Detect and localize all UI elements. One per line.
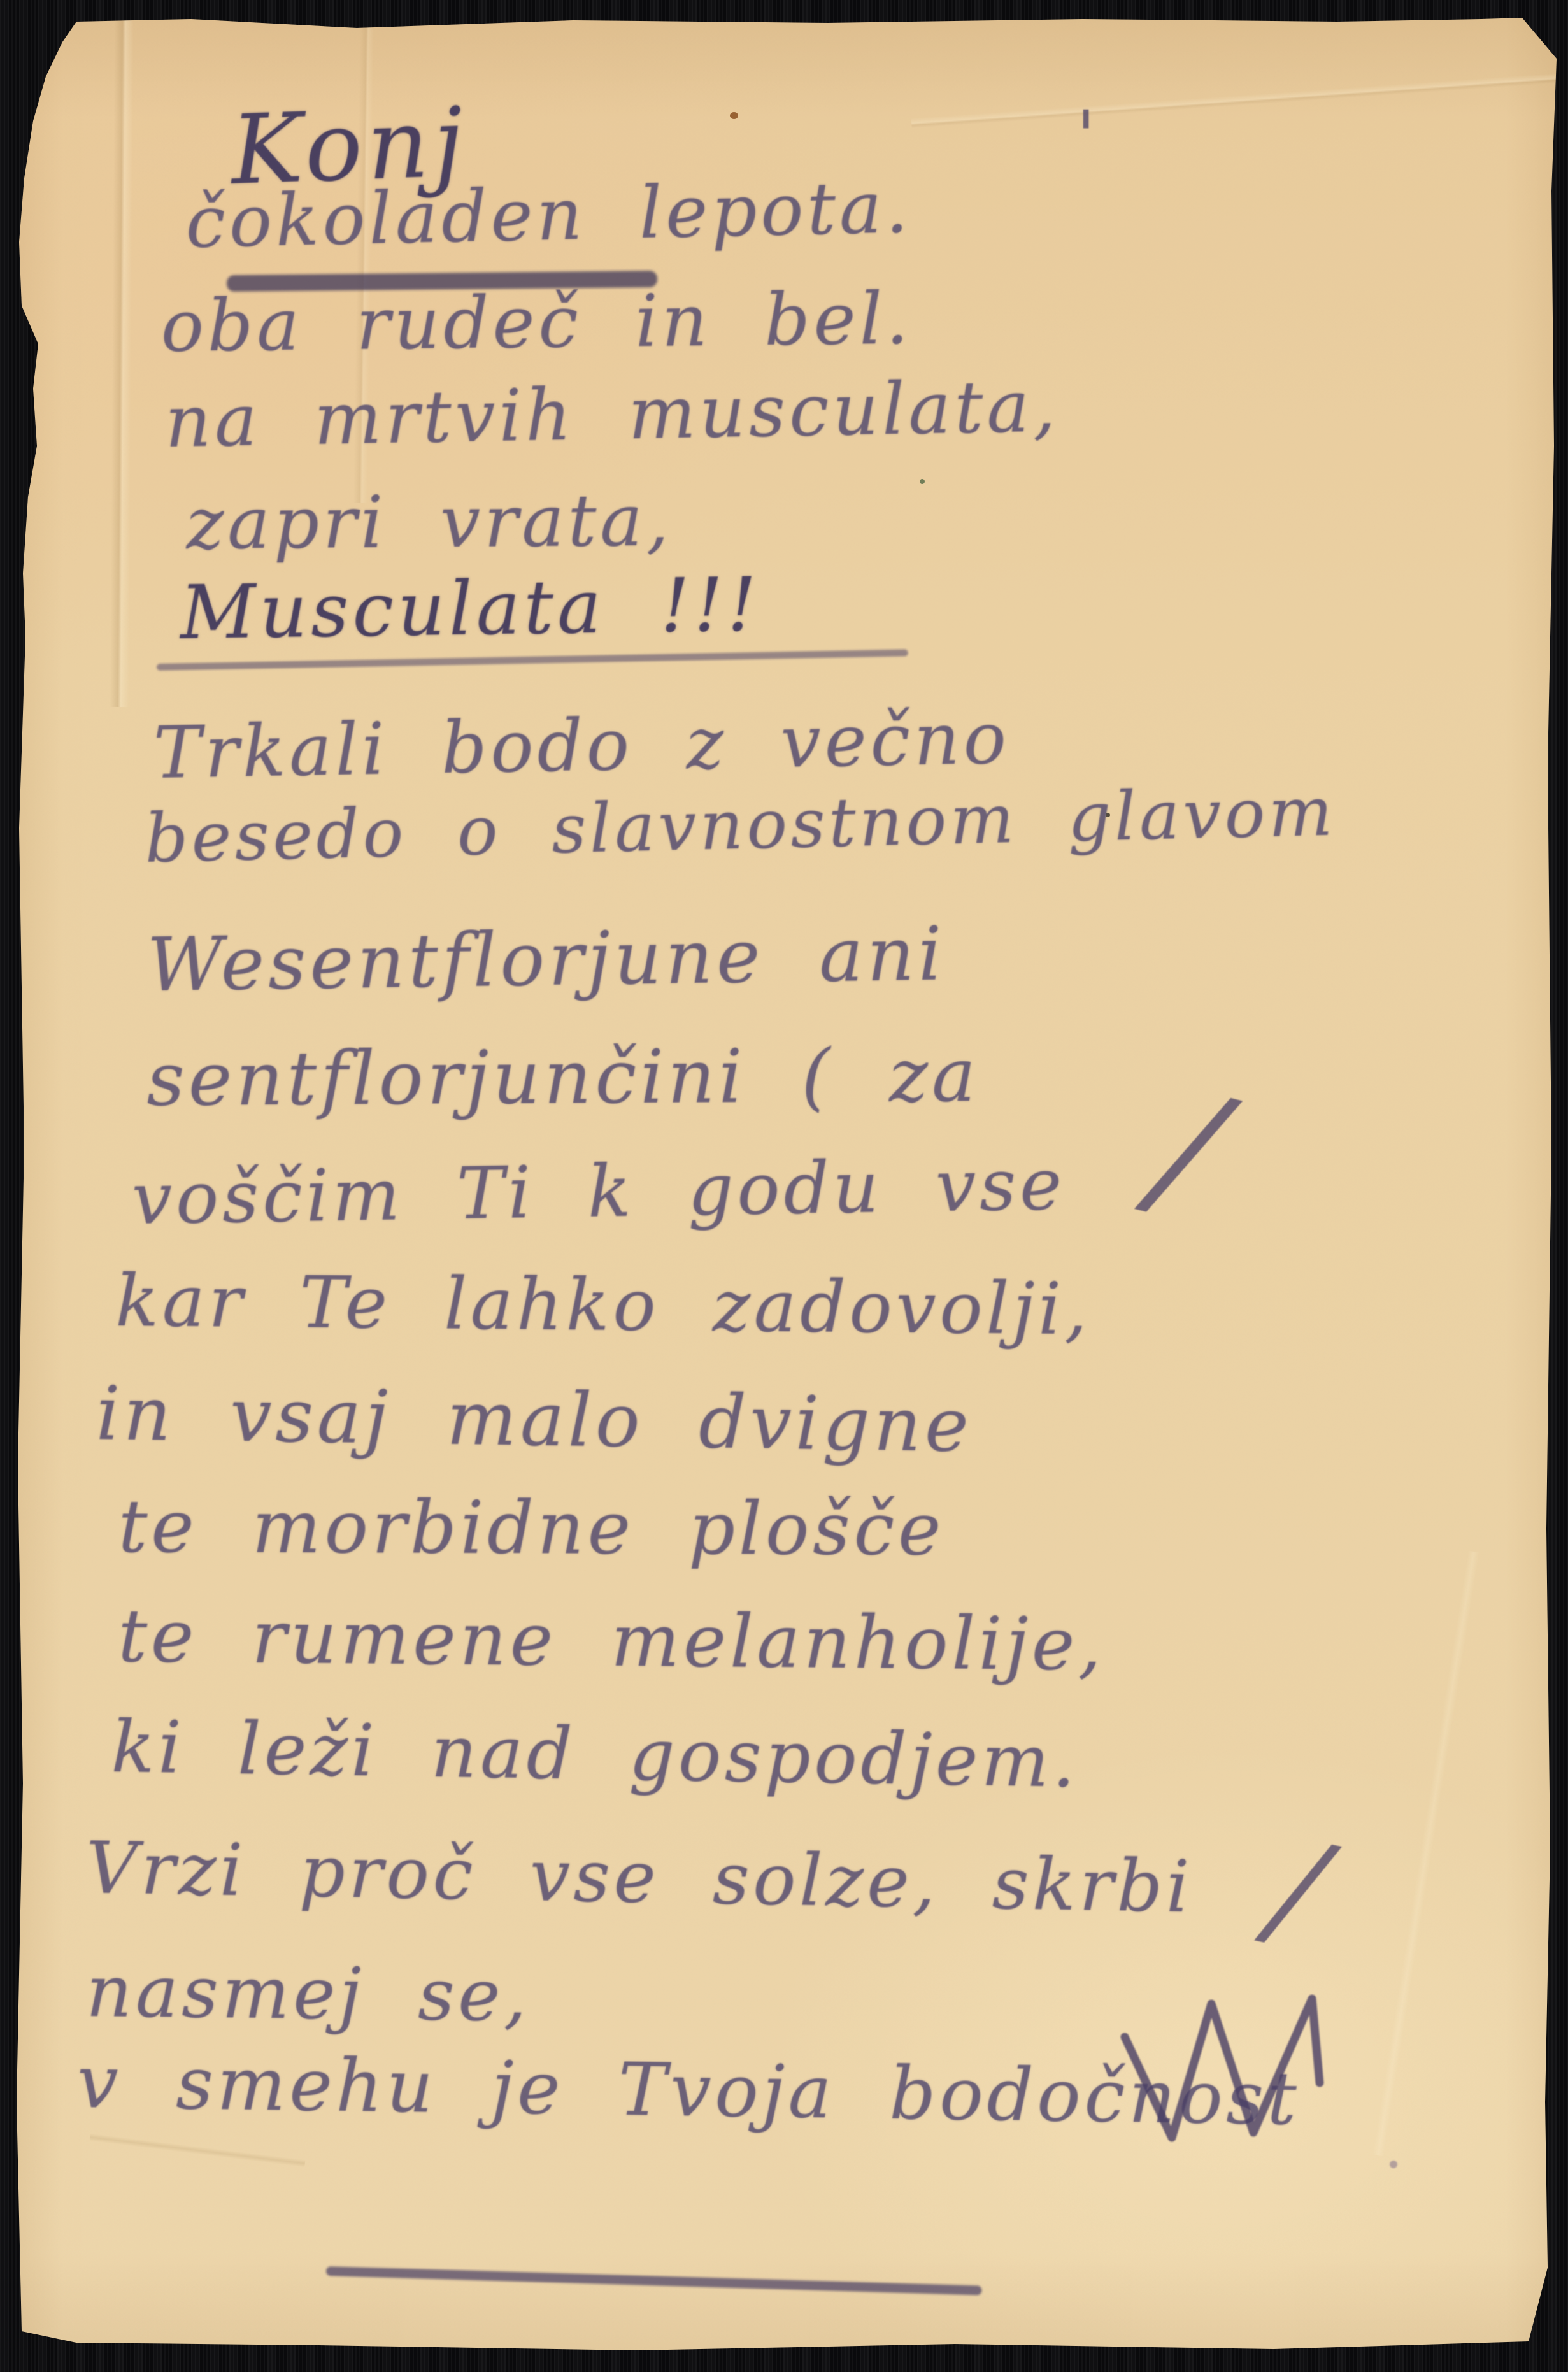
paper-speck bbox=[730, 112, 738, 119]
handwritten-line: zapri vrata, bbox=[186, 480, 673, 566]
handwritten-line: sentflorjunčini ( za bbox=[146, 1032, 980, 1123]
paper-sheet: Konj ' čokoladen lepota. oba rudeč in be… bbox=[0, 0, 1568, 2372]
handwritten-line: Trkali bodo z večno bbox=[153, 697, 1011, 795]
handwritten-line: voščim Ti k godu vse bbox=[131, 1143, 1066, 1241]
slash-mark: / bbox=[1260, 1809, 1337, 1971]
paper-crease bbox=[1372, 1551, 1479, 2157]
paper-crease bbox=[110, 19, 134, 707]
handwritten-line: oba rudeč in bel. bbox=[160, 278, 913, 368]
paper-crease bbox=[90, 2133, 306, 2167]
closing-line bbox=[326, 2266, 982, 2296]
handwritten-line: čokoladen lepota. bbox=[185, 166, 913, 264]
handwritten-line: ki leži nad gospodjem. bbox=[111, 1706, 1080, 1804]
handwritten-line: kar Te lahko zadovolji, bbox=[115, 1260, 1091, 1351]
handwritten-line: na mrtvih musculata, bbox=[164, 365, 1060, 463]
handwritten-line: in vsaj malo dvigne bbox=[96, 1371, 973, 1469]
handwritten-line: Vrzi proč vse solze, skrbi bbox=[85, 1827, 1194, 1929]
handwritten-line: te morbidne plošče bbox=[118, 1484, 945, 1572]
handwritten-line: nasmej se, bbox=[86, 1950, 531, 2038]
paper-crease bbox=[911, 73, 1560, 128]
paper-speck bbox=[920, 479, 925, 484]
title-tick-mark: ' bbox=[1076, 96, 1095, 177]
signature-flourish bbox=[1121, 1987, 1376, 2166]
handwritten-line: v smehu je Tvoja bodočnost bbox=[76, 2040, 1301, 2141]
handwritten-line: Musculata !!! bbox=[180, 562, 761, 656]
handwritten-line: Wesentflorjune ani bbox=[146, 911, 946, 1008]
slash-mark: / bbox=[1141, 1054, 1238, 1247]
paper-speck bbox=[1390, 2161, 1397, 2168]
handwritten-line: te rumene melanholije, bbox=[118, 1594, 1106, 1687]
scan-background: Konj ' čokoladen lepota. oba rudeč in be… bbox=[0, 0, 1568, 2372]
